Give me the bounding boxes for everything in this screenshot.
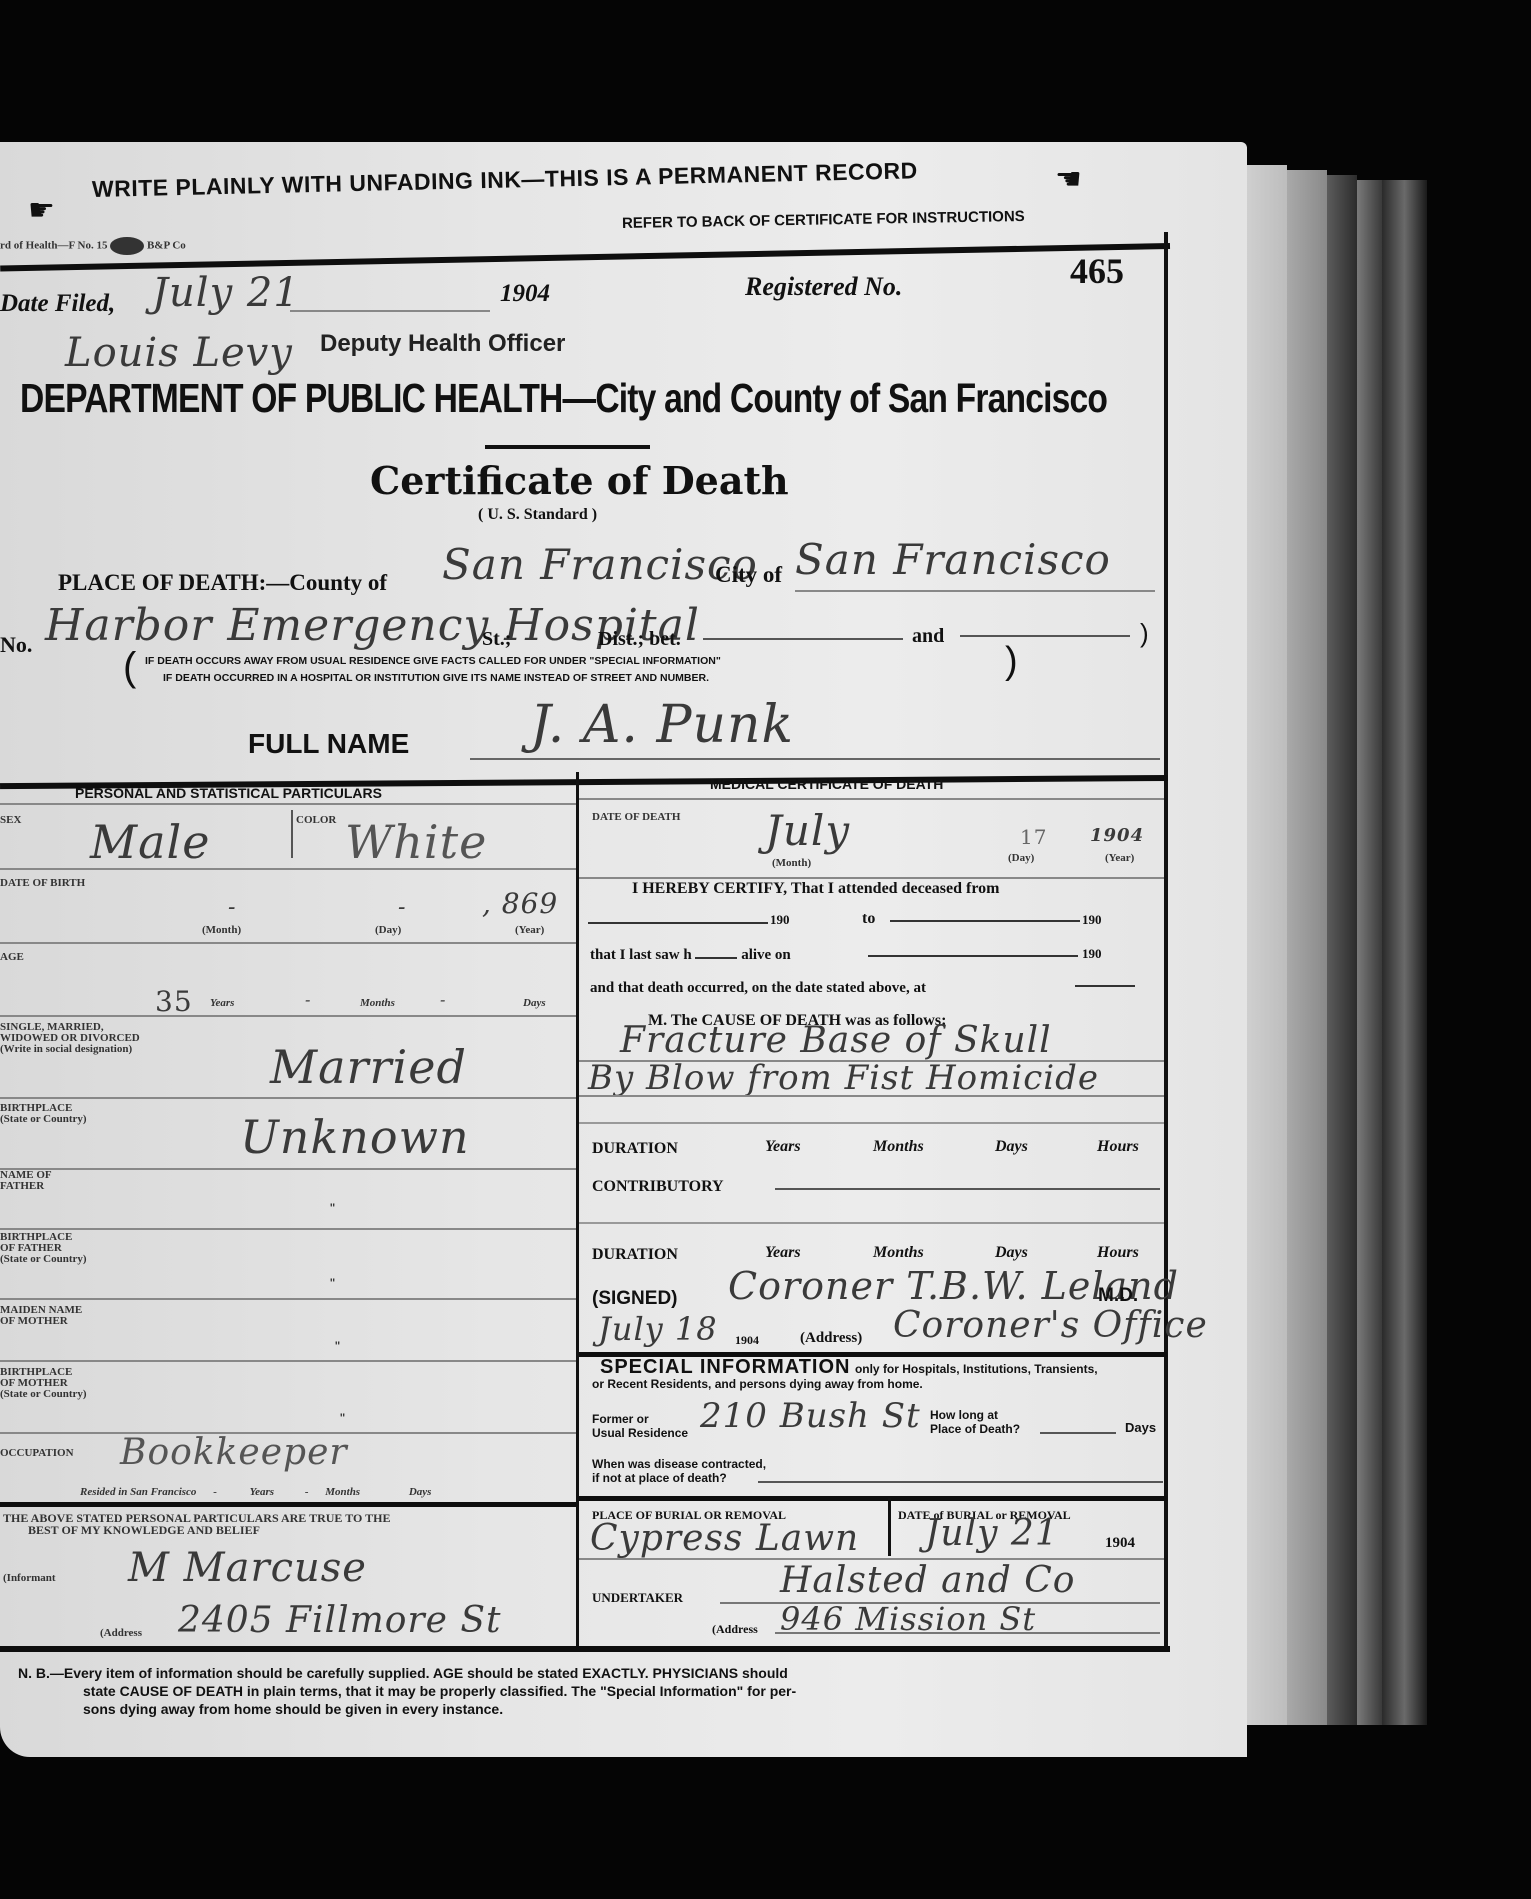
and-line xyxy=(960,635,1130,637)
form-number: rd of Health—F No. 15 B&P Co xyxy=(0,237,186,255)
dob-year: , 869 xyxy=(482,887,558,920)
duration-hours-2: Hours xyxy=(1097,1244,1139,1262)
certify-text: I HEREBY CERTIFY, That I attended deceas… xyxy=(632,880,999,898)
undertaker-value: Halsted and Co xyxy=(780,1560,1075,1601)
burial-place-value: Cypress Lawn xyxy=(590,1518,859,1559)
marital-value: Married xyxy=(270,1040,467,1094)
place-note-line1: IF DEATH OCCURS AWAY FROM USUAL RESIDENC… xyxy=(145,655,721,667)
to-year: 190 xyxy=(1082,912,1102,928)
row-line xyxy=(0,942,576,944)
printer: B&P Co xyxy=(147,240,186,252)
duration-months-2: Months xyxy=(873,1244,924,1262)
from-year: 190 xyxy=(770,912,790,928)
dod-label: DATE OF DEATH xyxy=(592,812,680,823)
burial-border xyxy=(579,1496,1167,1501)
marital-label: SINGLE, MARRIED, WIDOWED OR DIVORCED (Wr… xyxy=(0,1022,140,1055)
sex-color-divider xyxy=(291,810,293,858)
occurred-text: and that death occurred, on the date sta… xyxy=(590,980,926,997)
dod-month-label: (Month) xyxy=(772,858,811,869)
mother-birthplace-label: BIRTHPLACE OF MOTHER (State or Country) xyxy=(0,1367,87,1400)
city-label: City of xyxy=(715,562,782,588)
signed-year: 1904 xyxy=(735,1333,759,1348)
full-name-label: FULL NAME xyxy=(248,728,409,760)
blank-line xyxy=(868,955,1078,957)
former-residence-value: 210 Bush St xyxy=(700,1396,921,1436)
burial-year: 1904 xyxy=(1105,1535,1135,1552)
father-birthplace-value: " xyxy=(330,1275,335,1291)
row-line xyxy=(0,1228,576,1230)
special-heading: SPECIAL INFORMATION only for Hospitals, … xyxy=(600,1356,1098,1379)
form-no: rd of Health—F No. 15 xyxy=(0,240,107,252)
resided-years: - xyxy=(213,1486,217,1498)
color-value: White xyxy=(345,815,487,869)
sex-label: SEX xyxy=(0,815,21,826)
registered-label: Registered No. xyxy=(745,272,902,302)
row-line xyxy=(579,1222,1164,1224)
mother-birthplace-value: " xyxy=(340,1410,345,1426)
paren: ) xyxy=(1140,618,1149,649)
dob-month: - xyxy=(228,895,236,920)
special-title: SPECIAL INFORMATION xyxy=(600,1356,850,1378)
age-days: - xyxy=(440,990,446,1009)
alive-year: 190 xyxy=(1082,946,1102,962)
signed-label: (SIGNED) xyxy=(592,1288,678,1310)
how-long-label: How long at Place of Death? xyxy=(930,1408,1020,1436)
undertaker-address-label: (Address xyxy=(712,1622,758,1637)
seal-icon xyxy=(110,237,144,255)
attest-text: THE ABOVE STATED PERSONAL PARTICULARS AR… xyxy=(3,1512,390,1536)
signed-address: Coroner's Office xyxy=(893,1305,1208,1346)
informant-value: M Marcuse xyxy=(128,1545,367,1591)
occupation-label: OCCUPATION xyxy=(0,1448,74,1459)
page-edge xyxy=(1382,180,1427,1725)
blank-line xyxy=(758,1481,1163,1483)
pointing-hand-icon: ☛ xyxy=(1055,162,1082,197)
dist-line xyxy=(703,638,903,640)
contracted-label: When was disease contracted, if not at p… xyxy=(592,1457,766,1485)
blank-line xyxy=(1075,985,1135,987)
row-line xyxy=(579,1095,1164,1097)
page-edge xyxy=(1357,180,1382,1725)
row-line xyxy=(0,1097,576,1099)
last-saw-text: that I last saw h alive on xyxy=(590,947,791,964)
column-divider xyxy=(576,772,579,1650)
attest-line-2: BEST OF MY KNOWLEDGE AND BELIEF xyxy=(3,1524,390,1536)
md-label: M.D. xyxy=(1098,1285,1138,1307)
contracted-1: When was disease contracted, xyxy=(592,1457,766,1471)
place-of-death-label: PLACE OF DEATH:—County of xyxy=(58,570,387,596)
row-line xyxy=(0,1298,576,1300)
row-line xyxy=(0,868,576,870)
dob-month-label: (Month) xyxy=(202,925,241,936)
place-note-line2: IF DEATH OCCURRED IN A HOSPITAL OR INSTI… xyxy=(163,672,709,684)
duration-years-2: Years xyxy=(765,1244,801,1262)
father-birthplace-label-3: (State or Country) xyxy=(0,1254,87,1265)
former-label-2: Usual Residence xyxy=(592,1426,688,1440)
attest-border xyxy=(0,1502,576,1507)
special-note: only for Hospitals, Institutions, Transi… xyxy=(855,1362,1098,1376)
row-line xyxy=(0,1360,576,1362)
dod-month: July xyxy=(765,806,850,855)
informant-label: (Informant xyxy=(3,1573,56,1584)
footnote-line-3: sons dying away from home should be give… xyxy=(18,1700,796,1718)
medical-heading: MEDICAL CERTIFICATE OF DEATH xyxy=(710,776,943,792)
date-filed-label: Date Filed, xyxy=(0,290,115,318)
father-birthplace-label: BIRTHPLACE OF FATHER (State or Country) xyxy=(0,1232,87,1265)
dob-day: - xyxy=(398,895,406,920)
resided-label: Resided in San Francisco - Years - Month… xyxy=(80,1487,431,1498)
blank-line xyxy=(588,922,768,924)
paren: ) xyxy=(1005,640,1018,683)
age-months-label: Months xyxy=(360,998,395,1009)
informant-address-label: (Address xyxy=(100,1628,142,1639)
signed-address-label: (Address) xyxy=(800,1330,862,1347)
officer-title: Deputy Health Officer xyxy=(320,330,565,358)
to-label: to xyxy=(862,910,875,928)
age-years-label: Years xyxy=(210,998,234,1009)
birthplace-label: BIRTHPLACE (State or Country) xyxy=(0,1103,87,1125)
page-edge xyxy=(1327,175,1357,1725)
city-value: San Francisco xyxy=(795,535,1111,584)
registered-number: 465 xyxy=(1070,250,1124,292)
mother-birthplace-label-3: (State or Country) xyxy=(0,1389,87,1400)
county-value: San Francisco xyxy=(442,540,758,589)
cause-line-2: By Blow from Fist Homicide xyxy=(588,1058,1099,1098)
resided-months-label: Months xyxy=(325,1486,360,1498)
dod-day-label: (Day) xyxy=(1008,853,1034,864)
birthplace-label-2: (State or Country) xyxy=(0,1114,87,1125)
blank-line xyxy=(775,1188,1160,1190)
contributory-label: CONTRIBUTORY xyxy=(592,1178,724,1196)
footnote-line-1: N. B.—Every item of information should b… xyxy=(18,1664,796,1682)
row-line xyxy=(0,1168,576,1170)
duration-years-1: Years xyxy=(765,1138,801,1156)
duration-days-1: Days xyxy=(995,1138,1028,1156)
dod-day: 17 xyxy=(1020,825,1047,849)
city-line xyxy=(795,590,1155,592)
color-label: COLOR xyxy=(296,815,336,826)
street-number-label: No. xyxy=(0,632,32,658)
pointing-hand-icon: ☛ xyxy=(28,193,55,228)
department-title: DEPARTMENT OF PUBLIC HEALTH—City and Cou… xyxy=(20,375,1107,422)
age-days-label: Days xyxy=(523,998,546,1009)
mother-maiden-value: " xyxy=(335,1338,340,1354)
date-filed-year: 1904 xyxy=(500,280,550,308)
resided-in-sf: Resided in San Francisco xyxy=(80,1486,196,1498)
blank xyxy=(695,957,737,959)
form-right-border xyxy=(1164,232,1168,1652)
contracted-2: if not at place of death? xyxy=(592,1471,766,1485)
undertaker-label: UNDERTAKER xyxy=(592,1590,683,1606)
birthplace-value: Unknown xyxy=(240,1110,470,1164)
officer-signature: Louis Levy xyxy=(65,330,293,376)
date-filed-value: July 21 xyxy=(152,270,300,316)
row-line xyxy=(579,877,1164,879)
former-residence-label: Former or Usual Residence xyxy=(592,1412,688,1440)
and-label: and xyxy=(912,625,944,648)
signed-date: July 18 xyxy=(598,1310,718,1348)
blank-line xyxy=(775,1632,1160,1634)
date-filed-line xyxy=(290,310,490,312)
mother-maiden-label: MAIDEN NAME OF MOTHER xyxy=(0,1305,82,1327)
certificate-subtitle: ( U. S. Standard ) xyxy=(478,506,597,524)
row-line xyxy=(579,1122,1164,1124)
cause-line-1: Fracture Base of Skull xyxy=(620,1020,1052,1061)
footnote-line-2: state CAUSE OF DEATH in plain terms, tha… xyxy=(18,1682,796,1700)
how-long-1: How long at xyxy=(930,1408,1020,1422)
dob-day-label: (Day) xyxy=(375,925,401,936)
last-saw-label: that I last saw h xyxy=(590,947,692,963)
mother-maiden-label-2: OF MOTHER xyxy=(0,1316,82,1327)
resided-months: - xyxy=(305,1486,309,1498)
duration-label-2: DURATION xyxy=(592,1246,678,1264)
row-line xyxy=(0,1015,576,1017)
dist-label: Dist.; bet. xyxy=(598,628,681,651)
duration-months-1: Months xyxy=(873,1138,924,1156)
dod-year: 1904 xyxy=(1090,825,1144,846)
resided-years-label: Years xyxy=(250,1486,274,1498)
page-edge xyxy=(1287,170,1327,1725)
row-line xyxy=(0,803,576,805)
dob-label: DATE OF BIRTH xyxy=(0,878,85,889)
page-edge xyxy=(1247,165,1287,1725)
age-label: AGE xyxy=(0,952,24,963)
father-name-label: NAME OF FATHER xyxy=(0,1170,52,1192)
dob-year-label: (Year) xyxy=(515,925,544,936)
paren: ( xyxy=(123,645,136,690)
father-name-value: " xyxy=(330,1200,335,1216)
personal-heading: PERSONAL AND STATISTICAL PARTICULARS xyxy=(75,785,382,801)
dod-year-label: (Year) xyxy=(1105,853,1134,864)
how-long-2: Place of Death? xyxy=(930,1422,1020,1436)
full-name-line xyxy=(470,758,1160,760)
burial-date-value: July 21 xyxy=(925,1513,1059,1554)
full-name-value: J. A. Punk xyxy=(530,695,794,755)
alive-on-label: alive on xyxy=(741,947,791,963)
blank-line xyxy=(1040,1432,1116,1434)
duration-label-1: DURATION xyxy=(592,1140,678,1158)
informant-address: 2405 Fillmore St xyxy=(178,1600,501,1641)
occupation-value: Bookkeeper xyxy=(120,1432,348,1473)
burial-date-divider xyxy=(888,1498,891,1556)
sex-value: Male xyxy=(90,815,210,869)
duration-hours-1: Hours xyxy=(1097,1138,1139,1156)
resided-days-label: Days xyxy=(409,1486,432,1498)
st-label: St.; xyxy=(482,628,511,651)
age-years: 35 xyxy=(155,985,193,1018)
former-label-1: Former or xyxy=(592,1412,688,1426)
divider xyxy=(485,445,650,449)
duration-days-2: Days xyxy=(995,1244,1028,1262)
marital-label-3: (Write in social designation) xyxy=(0,1044,140,1055)
age-months: - xyxy=(305,990,311,1009)
row-line xyxy=(579,798,1164,800)
blank-line xyxy=(890,920,1080,922)
form-bottom-border xyxy=(0,1646,1170,1652)
father-name-label-2: FATHER xyxy=(0,1181,52,1192)
footnote: N. B.—Every item of information should b… xyxy=(18,1664,796,1718)
special-note-2: or Recent Residents, and persons dying a… xyxy=(592,1377,923,1391)
how-long-days: Days xyxy=(1125,1420,1156,1435)
certificate-title: Certificate of Death xyxy=(370,458,789,503)
